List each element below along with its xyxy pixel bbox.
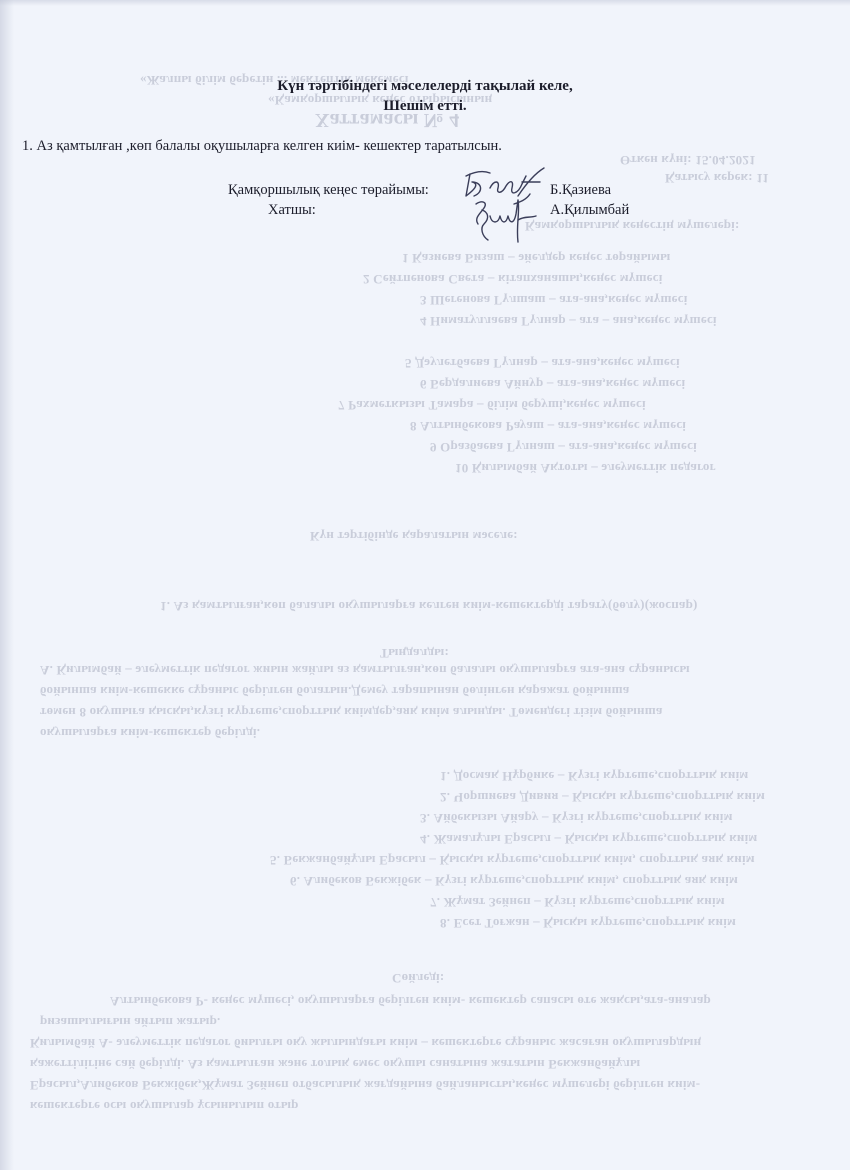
ghost-spoke-line: Қилымбай А- әлеуметтік педагог биылғы оқ…: [30, 1035, 701, 1051]
ghost-heard-heading: Тыңдалды:: [380, 645, 449, 661]
ghost-recipient-line: 6. Алибеков Бекжібек – Күзгі күртеше,спо…: [290, 873, 738, 889]
ghost-heard-line: оқушыларға киім-кешектер берілді.: [40, 725, 260, 741]
scan-edge-top: [0, 0, 850, 6]
ghost-member-line: 1 Қазиева Бизаш – әйелдер кеңес төрайымы: [402, 250, 671, 266]
ghost-agenda-item: 1. Аз қамтылған,көп балалы оқушыларға ке…: [160, 598, 698, 614]
ghost-recipient-line: 3. Айбекызы Айару – Күзгі күртеше,спортт…: [420, 810, 733, 826]
ghost-member-line: 5 Дәулетбаева Гүлнар – ата-ана,кеңес мүш…: [405, 355, 680, 371]
ghost-members-heading: Қамқоршылық кеңестің мүшелері:: [525, 218, 740, 234]
ghost-recipient-line: 1. Досмақ Нұрбике – Күзгі күртеше,спортт…: [440, 768, 748, 784]
ghost-agenda-heading: Күн тәртібінде қаралатын мәселе:: [310, 528, 518, 544]
chair-name: Б.Қазиева: [550, 182, 611, 199]
ghost-attendance: Қатысу керек: 11: [665, 170, 769, 186]
heading-line-2: Шешім етті.: [0, 98, 850, 115]
document-page: «Жалпы білім беретін ... мектептік мекем…: [0, 0, 850, 1170]
ghost-recipient-line: 8. Есет Тоғжан – Қысқы күртеше,спорттық …: [440, 915, 736, 931]
ghost-heard-line: А. Қилымбай – әлеуметтік педагог жиын жа…: [40, 662, 690, 678]
ghost-date: Өткен күні: 15.04.2021: [620, 152, 756, 168]
ghost-heard-line: төмен 8 оқушыға қысқы,күзгі күртеше,спор…: [40, 704, 663, 720]
decision-item: 1. Аз қамтылған ,көп балалы оқушыларға к…: [22, 138, 502, 155]
ghost-recipient-line: 2. Чоршиева Дивия – Қысқы күртеше,спортт…: [440, 789, 765, 805]
chair-role: Қамқоршылық кеңес төрайымы:: [228, 182, 429, 199]
secretary-name: А.Қилымбай: [550, 202, 629, 219]
ghost-spoke-line: Ерасыл,Алибеков Бекжібек,Жұмат Зейнеп от…: [30, 1077, 700, 1093]
ghost-spoke-heading: Сөйледі:: [392, 970, 444, 986]
ghost-spoke-line: кешектерге осы оқушылар ұсынылып отыр: [30, 1098, 299, 1114]
ghost-spoke-line: ризашылығын айтып жатыр.: [40, 1014, 220, 1030]
ghost-member-line: 6 Бердалиева Айнур – ата-ана,кеңес мүшес…: [420, 376, 685, 392]
ghost-member-line: 9 Оразбаева Гүлнаш – ата-ана,кеңес мүшес…: [430, 439, 697, 455]
ghost-recipient-line: 7. Жұмат Зейнеп – Күзгі күртеше,спорттық…: [430, 894, 725, 910]
ghost-recipient-line: 5. Бекжанбайұлы Ерасыл – Қысқы күртеше,с…: [270, 852, 755, 868]
ghost-spoke-line: қажеттілігіне сай берілді. Аз қамтылған …: [30, 1056, 640, 1072]
ghost-recipient-line: 4. Жамалұлы Ерасыл – Қысқы күртеше,спорт…: [420, 831, 757, 847]
ghost-member-line: 7 Рахметкызы Тамара – білім беруші,кеңес…: [338, 397, 646, 413]
ghost-member-line: 10 Қилымбай Ақтоты – әлеуметтік педагог: [455, 460, 716, 476]
scan-edge-left: [0, 0, 14, 1170]
ghost-member-line: 2 Сейтпенова Света – кітапханашы,кеңес м…: [363, 271, 663, 287]
ghost-member-line: 4 Ниматуллаева Гүлнар – ата – ана,кеңес …: [420, 313, 717, 329]
heading-line-1: Күн тәртібіндегі мәселелерді тақылай кел…: [0, 78, 850, 95]
ghost-member-line: 3 Шегенова Гүлшаш – ата-ана,кеңес мүшесі: [420, 292, 688, 308]
secretary-signature-icon: [468, 196, 548, 246]
ghost-spoke-line: Алтынбекова Р- кеңес мүшесі, оқушыларға …: [110, 993, 711, 1009]
secretary-role: Хатшы:: [268, 202, 316, 219]
ghost-member-line: 8 Алтынбекова Рауаш – ата-ана,кеңес мүше…: [410, 418, 686, 434]
ghost-heard-line: бойынша киім-кешекке сұраныс берілген бо…: [40, 683, 629, 699]
